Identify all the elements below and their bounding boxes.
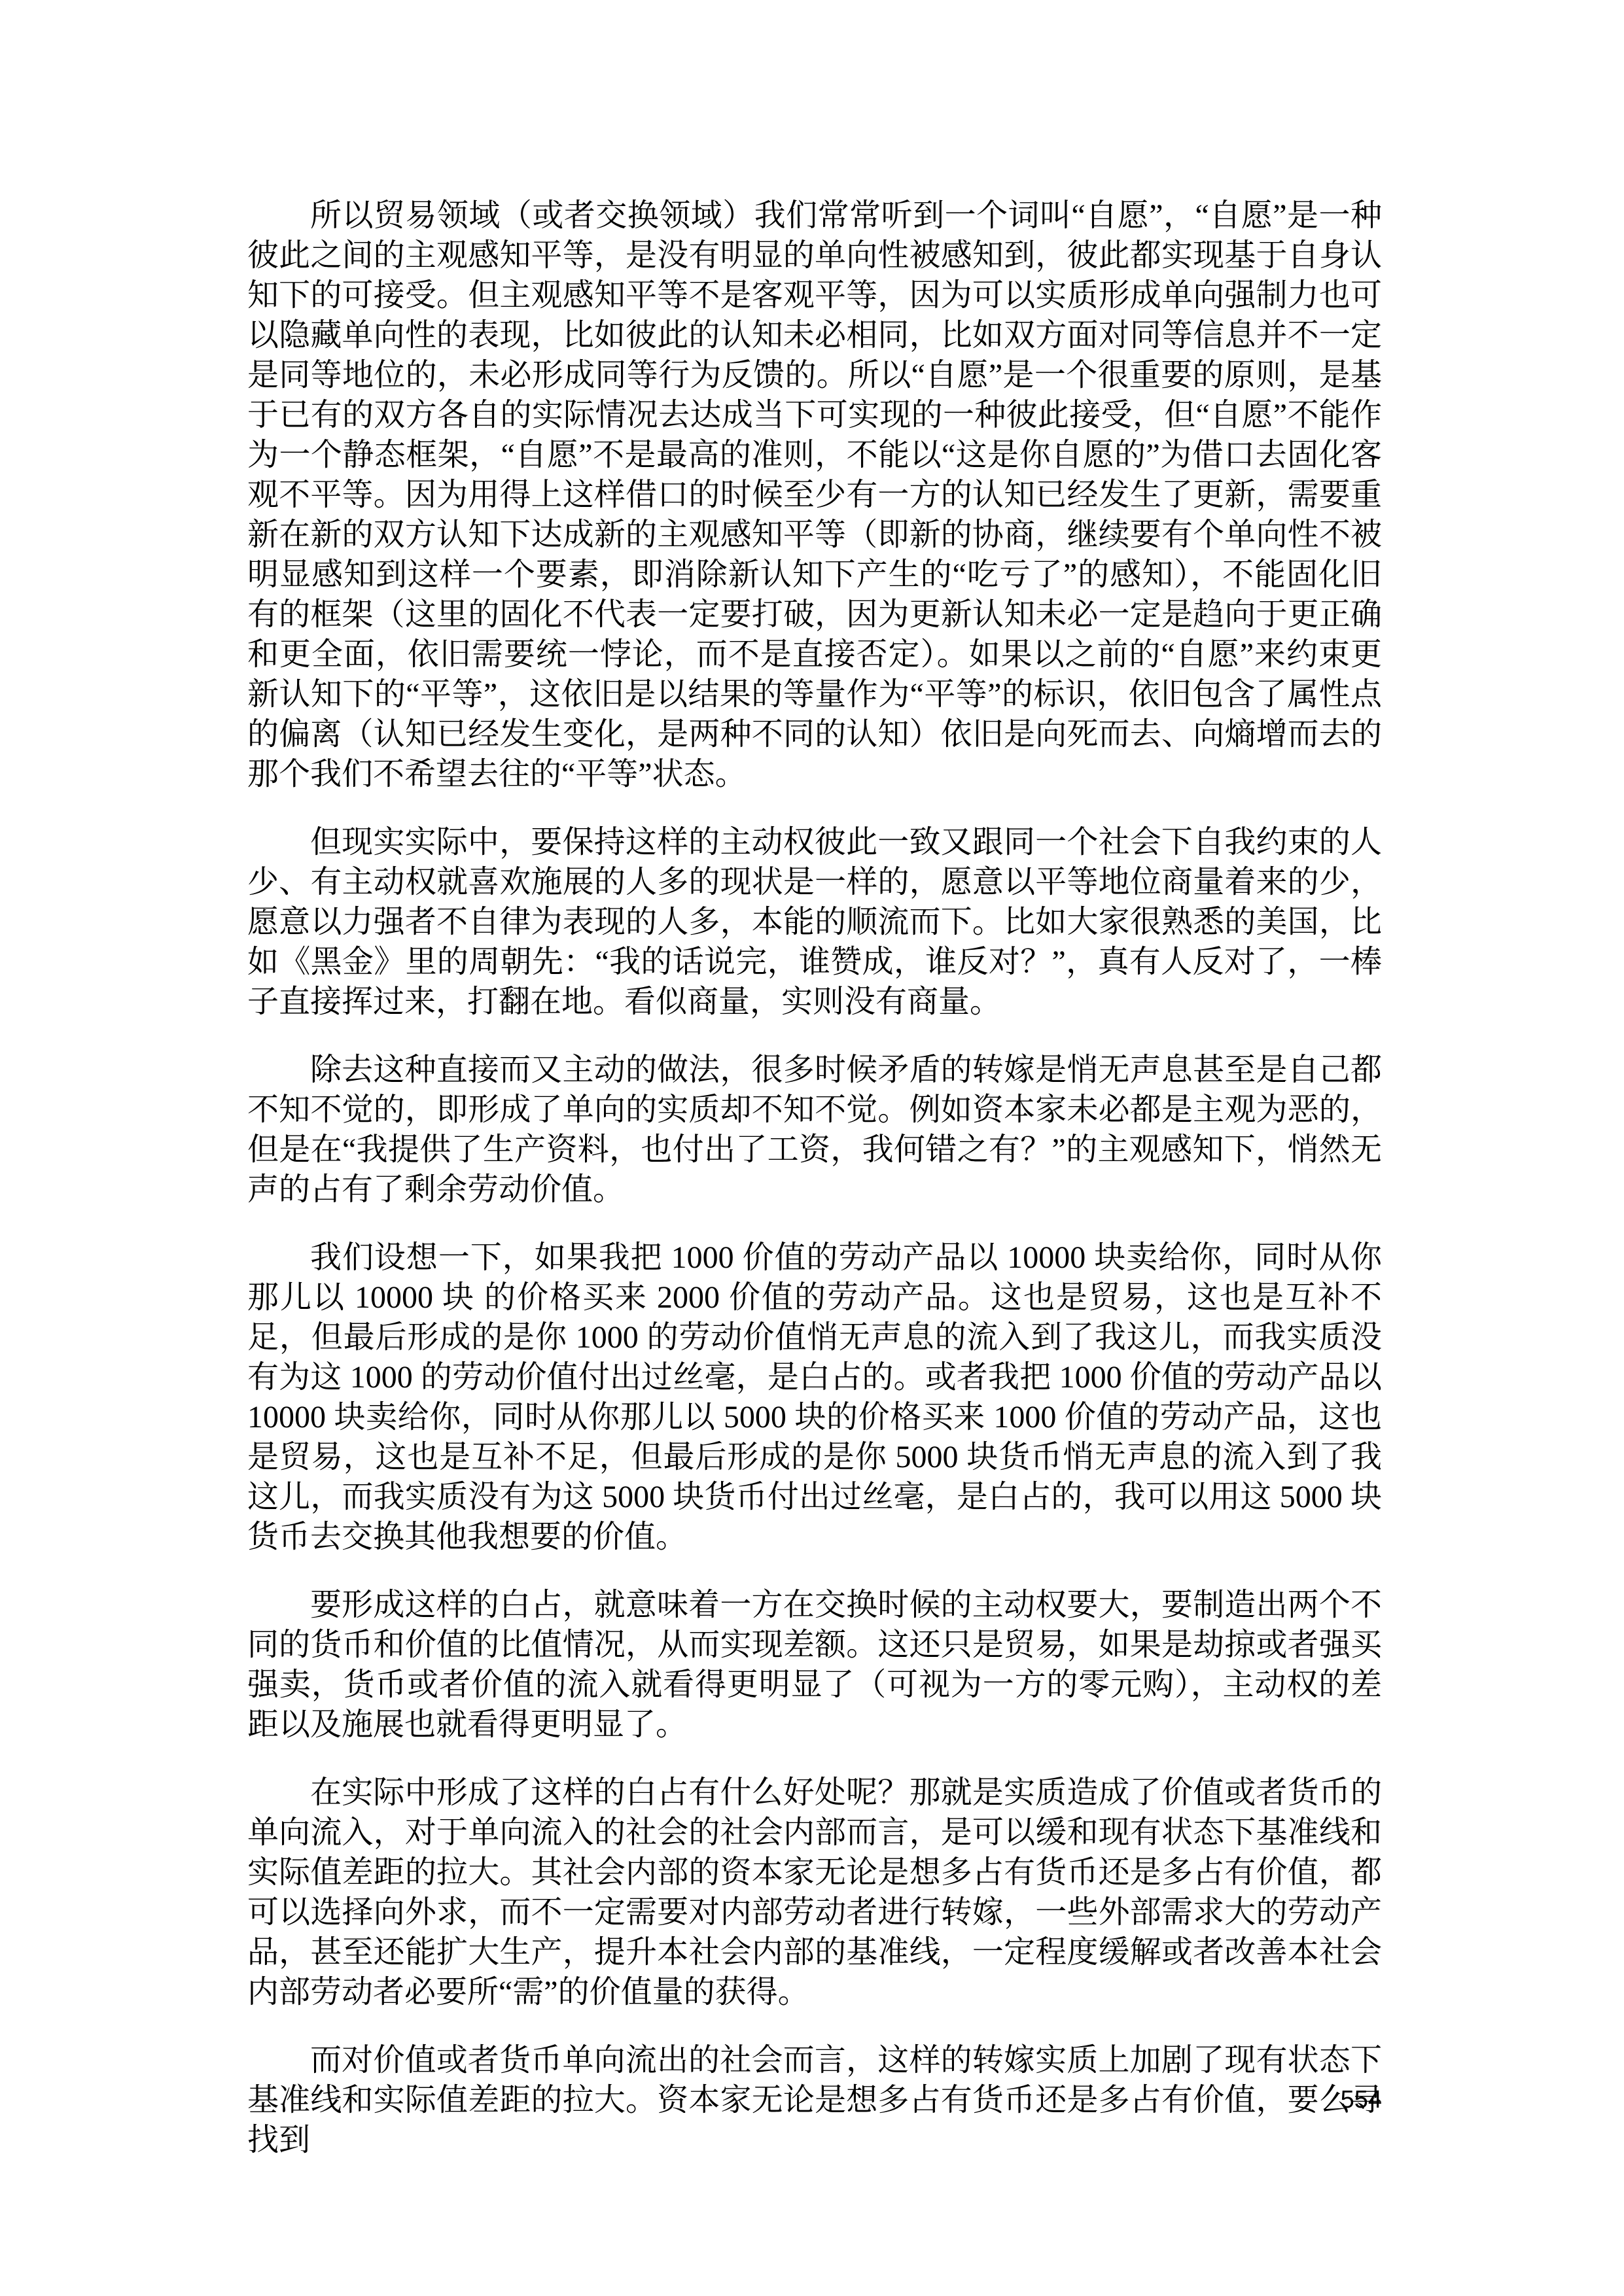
paragraph-5: 要形成这样的白占，就意味着一方在交换时候的主动权要大，要制造出两个不同的货币和价… xyxy=(247,1585,1382,1745)
page-number: 554 xyxy=(247,2087,1382,2114)
paragraph-4: 我们设想一下，如果我把 1000 价值的劳动产品以 10000 块卖给你，同时从… xyxy=(247,1238,1382,1557)
paragraph-1: 所以贸易领域（或者交换领域）我们常常听到一个词叫“自愿”，“自愿”是一种彼此之间… xyxy=(247,196,1382,794)
paragraph-3: 除去这种直接而又主动的做法，很多时候矛盾的转嫁是悄无声息甚至是自己都不知不觉的，… xyxy=(247,1050,1382,1209)
paragraph-6: 在实际中形成了这样的白占有什么好处呢？那就是实质造成了价值或者货币的单向流入，对… xyxy=(247,1773,1382,2012)
document-page: 所以贸易领域（或者交换领域）我们常常听到一个词叫“自愿”，“自愿”是一种彼此之间… xyxy=(0,0,1624,2296)
paragraph-2: 但现实实际中，要保持这样的主动权彼此一致又跟同一个社会下自我约束的人少、有主动权… xyxy=(247,822,1382,1022)
text-body: 所以贸易领域（或者交换领域）我们常常听到一个词叫“自愿”，“自愿”是一种彼此之间… xyxy=(247,196,1382,2160)
